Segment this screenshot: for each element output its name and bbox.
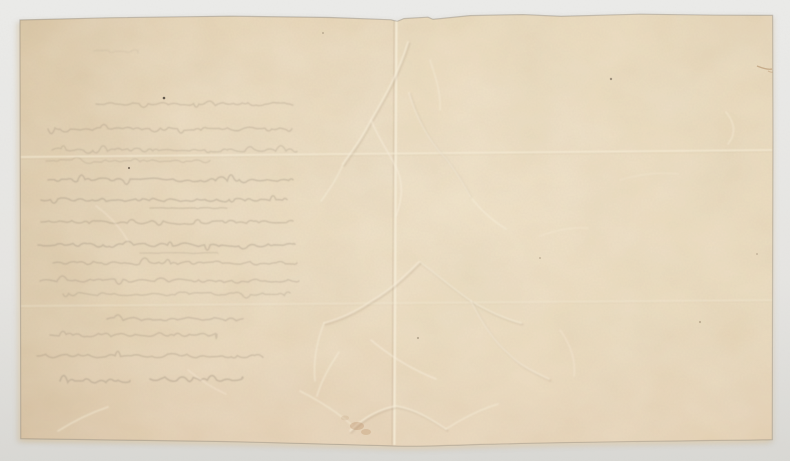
- ink-speck: [322, 32, 324, 34]
- letter-scan-canvas: [0, 0, 790, 461]
- ink-speck: [163, 97, 166, 100]
- ink-speck: [756, 253, 758, 255]
- ink-speck: [128, 167, 130, 169]
- ink-speck: [610, 78, 612, 80]
- stain: [341, 416, 349, 421]
- ink-speck: [539, 257, 541, 259]
- scanned-letter-image: [0, 0, 790, 461]
- stain: [350, 422, 364, 430]
- ink-speck: [699, 321, 701, 323]
- stain: [361, 429, 371, 435]
- ink-speck: [417, 337, 419, 339]
